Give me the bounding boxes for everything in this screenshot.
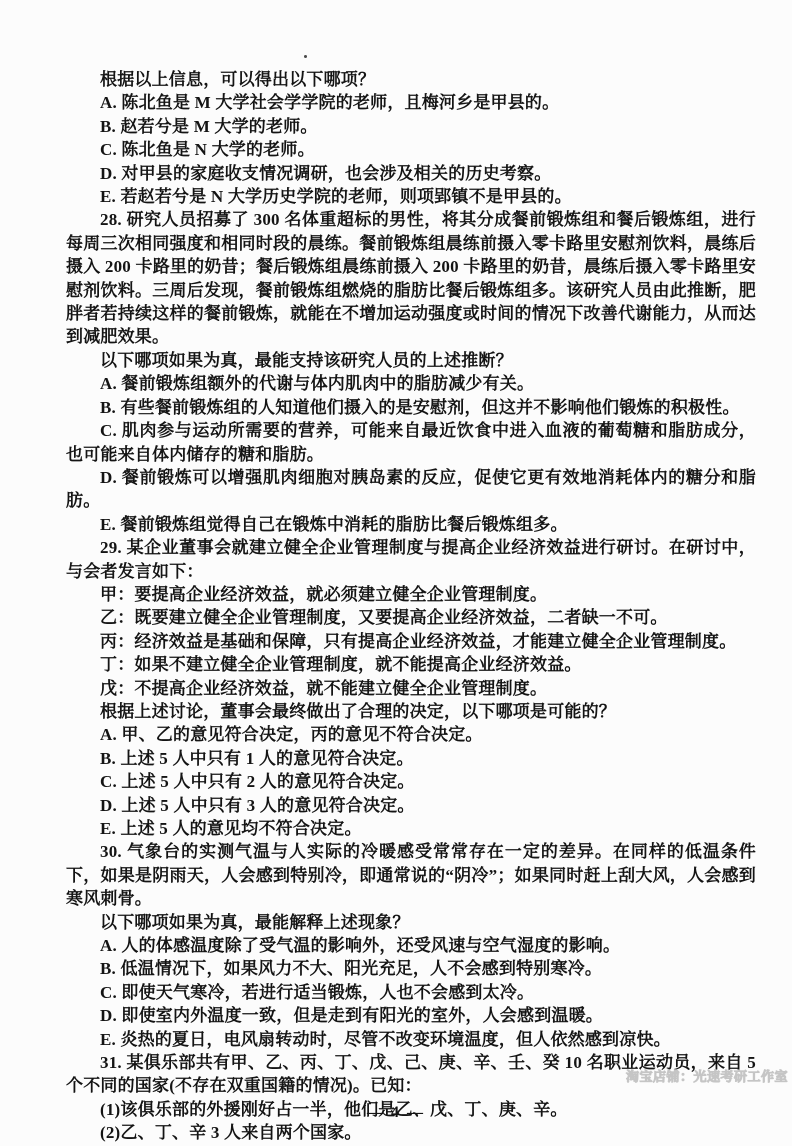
option-label: D.	[100, 468, 117, 487]
q27-option-b: B. 赵若兮是 M 大学的老师。	[66, 115, 756, 138]
option-text: 陈北鱼是 M 大学社会学学院的老师，且梅河乡是甲县的。	[121, 93, 559, 112]
q28-option-e: E. 餐前锻炼组觉得自己在锻炼中消耗的脂肪比餐后锻炼组多。	[66, 513, 756, 536]
speaker-text: 既要建立健全企业管理制度，又要提高企业经济效益，二者缺一不可。	[134, 608, 667, 627]
exam-page: 根据以上信息，可以得出以下哪项？ A. 陈北鱼是 M 大学社会学学院的老师，且梅…	[0, 0, 792, 1146]
speaker-text: 要提高企业经济效益，就必须建立健全企业管理制度。	[134, 585, 547, 604]
option-text: 餐前锻炼组觉得自己在锻炼中消耗的脂肪比餐后锻炼组多。	[120, 515, 567, 534]
q29-option-c: C. 上述 5 人中只有 2 人的意见符合决定。	[66, 770, 756, 793]
q30-stem: 30. 气象台的实测气温与人实际的冷暖感受常常存在一定的差异。在同样的低温条件下…	[66, 840, 756, 910]
option-label: E.	[100, 1030, 116, 1049]
option-text: 对甲县的家庭收支情况调研，也会涉及相关的历史考察。	[121, 164, 551, 183]
q28-option-d: D. 餐前锻炼可以增强肌肉细胞对胰岛素的反应，促使它更有效地消耗体内的糖分和脂肪…	[66, 466, 756, 513]
option-text: 低温情况下，如果风力不大、阳光充足，人不会感到特别寒冷。	[120, 959, 602, 978]
option-label: C.	[100, 421, 117, 440]
q29-speaker-jia: 甲：要提高企业经济效益，就必须建立健全企业管理制度。	[66, 583, 756, 606]
q30-option-b: B. 低温情况下，如果风力不大、阳光充足，人不会感到特别寒冷。	[66, 957, 756, 980]
q29-speaker-bing: 丙：经济效益是基础和保障，只有提高企业经济效益，才能建立健全企业管理制度。	[66, 630, 756, 653]
q29-speaker-yi: 乙：既要建立健全企业管理制度，又要提高企业经济效益，二者缺一不可。	[66, 606, 756, 629]
scan-speck	[304, 55, 307, 58]
option-label: A.	[100, 374, 117, 393]
speaker-name: 丁：	[100, 655, 134, 674]
option-text: 即使室内外温度一致，但是走到有阳光的室外，人会感到温暖。	[121, 1006, 603, 1025]
q28-option-b: B. 有些餐前锻炼组的人知道他们摄入的是安慰剂，但这并不影响他们锻炼的积极性。	[66, 396, 756, 419]
q30-option-e: E. 炎热的夏日，电风扇转动时，尽管不改变环境温度，但人依然感到凉快。	[66, 1028, 756, 1051]
option-text: 有些餐前锻炼组的人知道他们摄入的是安慰剂，但这并不影响他们锻炼的积极性。	[120, 398, 739, 417]
question-number: 28.	[100, 210, 122, 229]
q29-option-d: D. 上述 5 人中只有 3 人的意见符合决定。	[66, 794, 756, 817]
q30-prompt: 以下哪项如果为真，最能解释上述现象？	[66, 911, 756, 934]
speaker-name: 甲：	[100, 585, 134, 604]
q30-option-c: C. 即使天气寒冷，若进行适当锻炼，人也不会感到太冷。	[66, 981, 756, 1004]
option-label: D.	[100, 1006, 117, 1025]
q28-stem: 28. 研究人员招募了 300 名体重超标的男性，将其分成餐前锻炼组和餐后锻炼组…	[66, 208, 756, 348]
q29-prompt: 根据上述讨论，董事会最终做出了合理的决定，以下哪项是可能的？	[66, 700, 756, 723]
q30-option-a: A. 人的体感温度除了受气温的影响外，还受风速与空气湿度的影响。	[66, 934, 756, 957]
q29-option-a: A. 甲、乙的意见符合决定，丙的意见不符合决定。	[66, 723, 756, 746]
option-text: 肌肉参与运动所需要的营养，可能来自最近饮食中进入血液的葡萄糖和脂肪成分，也可能来…	[66, 421, 756, 463]
option-text: 赵若兮是 M 大学的老师。	[120, 117, 317, 136]
option-label: B.	[100, 749, 116, 768]
option-text: 上述 5 人中只有 1 人的意见符合决定。	[120, 749, 413, 768]
exam-content: 根据以上信息，可以得出以下哪项？ A. 陈北鱼是 M 大学社会学学院的老师，且梅…	[66, 68, 756, 1145]
speaker-name: 乙：	[100, 608, 134, 627]
option-text: 上述 5 人的意见均不符合决定。	[120, 819, 361, 838]
option-label: E.	[100, 515, 116, 534]
q29-speaker-wu: 戊：不提高企业经济效益，就不能建立健全企业管理制度。	[66, 677, 756, 700]
option-label: C.	[100, 983, 117, 1002]
option-text: 陈北鱼是 N 大学的老师。	[121, 140, 314, 159]
speaker-text: 不提高企业经济效益，就不能建立健全企业管理制度。	[134, 679, 547, 698]
option-text: 炎热的夏日，电风扇转动时，尽管不改变环境温度，但人依然感到凉快。	[120, 1030, 670, 1049]
option-label: D.	[100, 164, 117, 183]
q28-option-a: A. 餐前锻炼组额外的代谢与体内肌肉中的脂肪减少有关。	[66, 372, 756, 395]
option-text: 即使天气寒冷，若进行适当锻炼，人也不会感到太冷。	[121, 983, 534, 1002]
option-text: 人的体感温度除了受气温的影响外，还受风速与空气湿度的影响。	[121, 936, 620, 955]
option-text: 上述 5 人中只有 2 人的意见符合决定。	[121, 772, 414, 791]
speaker-name: 丙：	[100, 632, 134, 651]
q28-option-c: C. 肌肉参与运动所需要的营养，可能来自最近饮食中进入血液的葡萄糖和脂肪成分，也…	[66, 419, 756, 466]
option-text: 甲、乙的意见符合决定，丙的意见不符合决定。	[121, 725, 482, 744]
question-stem-text: 某企业董事会就建立健全企业管理制度与提高企业经济效益进行研讨。在研讨中，与会者发…	[66, 538, 756, 580]
q28-prompt: 以下哪项如果为真，最能支持该研究人员的上述推断？	[66, 349, 756, 372]
option-label: C.	[100, 772, 117, 791]
q27-option-a: A. 陈北鱼是 M 大学社会学学院的老师，且梅河乡是甲县的。	[66, 91, 756, 114]
speaker-text: 经济效益是基础和保障，只有提高企业经济效益，才能建立健全企业管理制度。	[134, 632, 736, 651]
option-text: 餐前锻炼可以增强肌肉细胞对胰岛素的反应，促使它更有效地消耗体内的糖分和脂肪。	[66, 468, 756, 510]
option-text: 餐前锻炼组额外的代谢与体内肌肉中的脂肪减少有关。	[121, 374, 534, 393]
question-number: 29.	[100, 538, 122, 557]
question-number: 30.	[100, 842, 122, 861]
q29-speaker-ding: 丁：如果不建立健全企业管理制度，就不能提高企业经济效益。	[66, 653, 756, 676]
question-stem-text: 气象台的实测气温与人实际的冷暖感受常常存在一定的差异。在同样的低温条件下，如果是…	[66, 842, 756, 908]
option-label: B.	[100, 117, 116, 136]
speaker-name: 戊：	[100, 679, 134, 698]
option-text: 若赵若兮是 N 大学历史学院的老师，则项郢镇不是甲县的。	[120, 187, 571, 206]
question-number: 31.	[100, 1053, 122, 1072]
q31-clue-2: (2)乙、丁、辛 3 人来自两个国家。	[66, 1121, 756, 1144]
option-label: D.	[100, 796, 117, 815]
option-label: B.	[100, 398, 116, 417]
q29-option-b: B. 上述 5 人中只有 1 人的意见符合决定。	[66, 747, 756, 770]
q30-option-d: D. 即使室内外温度一致，但是走到有阳光的室外，人会感到温暖。	[66, 1004, 756, 1027]
q27-option-d: D. 对甲县的家庭收支情况调研，也会涉及相关的历史考察。	[66, 162, 756, 185]
question-stem-text: 研究人员招募了 300 名体重超标的男性，将其分成餐前锻炼组和餐后锻炼组，进行每…	[66, 210, 756, 346]
option-label: A.	[100, 93, 117, 112]
shop-watermark: 淘宝店铺：光速考研工作室	[626, 1066, 788, 1085]
option-label: A.	[100, 725, 117, 744]
page-number: — 4 —	[0, 1104, 792, 1122]
option-label: A.	[100, 936, 117, 955]
speaker-text: 如果不建立健全企业管理制度，就不能提高企业经济效益。	[134, 655, 581, 674]
q29-stem: 29. 某企业董事会就建立健全企业管理制度与提高企业经济效益进行研讨。在研讨中，…	[66, 536, 756, 583]
q27-option-c: C. 陈北鱼是 N 大学的老师。	[66, 138, 756, 161]
option-label: E.	[100, 819, 116, 838]
q29-option-e: E. 上述 5 人的意见均不符合决定。	[66, 817, 756, 840]
option-label: E.	[100, 187, 116, 206]
option-label: C.	[100, 140, 117, 159]
q27-option-e: E. 若赵若兮是 N 大学历史学院的老师，则项郢镇不是甲县的。	[66, 185, 756, 208]
option-label: B.	[100, 959, 116, 978]
q27-prompt: 根据以上信息，可以得出以下哪项？	[66, 68, 756, 91]
option-text: 上述 5 人中只有 3 人的意见符合决定。	[121, 796, 414, 815]
